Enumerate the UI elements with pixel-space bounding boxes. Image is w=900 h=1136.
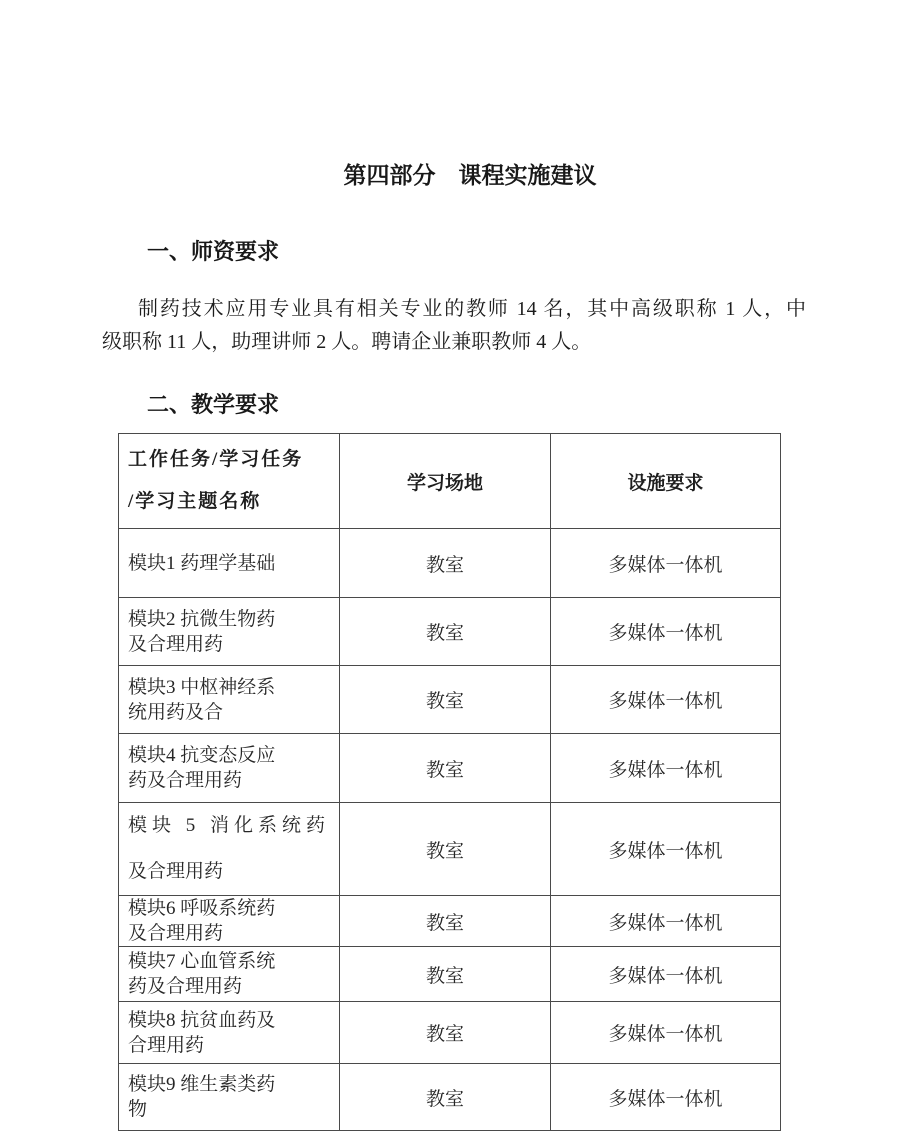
- table-header: 工作任务/学习任务 /学习主题名称 学习场地 设施要求: [119, 434, 781, 529]
- table-row: 模块1 药理学基础 教室 多媒体一体机: [119, 529, 781, 598]
- table-header-row: 工作任务/学习任务 /学习主题名称 学习场地 设施要求: [119, 434, 781, 529]
- task-text-line: 模块3 中枢神经系: [128, 675, 339, 700]
- task-cell: 模块7 心血管系统药及合理用药: [119, 947, 340, 1002]
- venue-cell: 教室: [340, 529, 551, 598]
- task-cell: 模块6 呼吸系统药及合理用药: [119, 896, 340, 947]
- venue-cell: 教室: [340, 1002, 551, 1064]
- table-row: 模块 5 消化系统药及合理用药 教室 多媒体一体机: [119, 803, 781, 896]
- teaching-requirements-table: 工作任务/学习任务 /学习主题名称 学习场地 设施要求 模块1 药理学基础 教室…: [118, 433, 781, 1131]
- teacher-requirements-paragraph: 制药技术应用专业具有相关专业的教师 14 名，其中高级职称 1 人，中级职称 1…: [102, 293, 806, 359]
- facility-cell: 多媒体一体机: [551, 803, 781, 896]
- section-heading-teaching-requirements: 二、教学要求: [147, 392, 279, 417]
- facility-cell: 多媒体一体机: [551, 896, 781, 947]
- task-text-line: 药及合理用药: [128, 974, 339, 999]
- task-text-line: 及合理用药: [128, 632, 339, 657]
- paragraph-line: 制药技术应用专业具有相关专业的教师 14 名，其中高级职称 1 人，中: [102, 293, 806, 326]
- venue-cell: 教室: [340, 734, 551, 803]
- task-text-line: 统用药及合: [128, 700, 339, 725]
- section-heading-teacher-requirements: 一、师资要求: [147, 239, 279, 264]
- task-text-line: 模块2 抗微生物药: [128, 607, 339, 632]
- task-text-line: 药及合理用药: [128, 768, 339, 793]
- facility-cell: 多媒体一体机: [551, 734, 781, 803]
- task-cell: 模块4 抗变态反应药及合理用药: [119, 734, 340, 803]
- task-text-line: 模块7 心血管系统: [128, 949, 339, 974]
- task-cell: 模块1 药理学基础: [119, 529, 340, 598]
- task-text-line: 物: [128, 1097, 339, 1122]
- task-text-line: 及合理用药: [128, 921, 339, 946]
- venue-cell: 教室: [340, 896, 551, 947]
- paragraph-line: 级职称 11 人，助理讲师 2 人。聘请企业兼职教师 4 人。: [102, 326, 806, 359]
- page-title: 第四部分 课程实施建议: [140, 162, 800, 188]
- task-cell: 模块8 抗贫血药及合理用药: [119, 1002, 340, 1064]
- header-cell-facility: 设施要求: [551, 434, 781, 529]
- header-task-line1: 工作任务/学习任务: [128, 439, 339, 481]
- venue-cell: 教室: [340, 598, 551, 666]
- task-text-line: 模块8 抗贫血药及: [128, 1008, 339, 1033]
- task-text-line: 模块 5 消化系统药: [128, 803, 339, 849]
- table-row: 模块8 抗贫血药及合理用药 教室 多媒体一体机: [119, 1002, 781, 1064]
- task-text-line: 及合理用药: [128, 849, 339, 895]
- facility-cell: 多媒体一体机: [551, 666, 781, 734]
- table-row: 模块3 中枢神经系统用药及合 教室 多媒体一体机: [119, 666, 781, 734]
- facility-cell: 多媒体一体机: [551, 598, 781, 666]
- task-cell: 模块3 中枢神经系统用药及合: [119, 666, 340, 734]
- table-body: 模块1 药理学基础 教室 多媒体一体机 模块2 抗微生物药及合理用药 教室 多媒…: [119, 529, 781, 1131]
- header-task-line2: /学习主题名称: [128, 481, 339, 523]
- facility-cell: 多媒体一体机: [551, 529, 781, 598]
- header-cell-venue: 学习场地: [340, 434, 551, 529]
- table-row: 模块6 呼吸系统药及合理用药 教室 多媒体一体机: [119, 896, 781, 947]
- table-row: 模块4 抗变态反应药及合理用药 教室 多媒体一体机: [119, 734, 781, 803]
- header-cell-task: 工作任务/学习任务 /学习主题名称: [119, 434, 340, 529]
- venue-cell: 教室: [340, 666, 551, 734]
- task-cell: 模块9 维生素类药物: [119, 1064, 340, 1131]
- task-text-line: 模块9 维生素类药: [128, 1072, 339, 1097]
- facility-cell: 多媒体一体机: [551, 1064, 781, 1131]
- task-cell: 模块 5 消化系统药及合理用药: [119, 803, 340, 896]
- document-page: { "document": { "title": "第四部分 课程实施建议", …: [0, 0, 900, 1136]
- task-text-line: 合理用药: [128, 1033, 339, 1058]
- table-row: 模块9 维生素类药物 教室 多媒体一体机: [119, 1064, 781, 1131]
- task-cell: 模块2 抗微生物药及合理用药: [119, 598, 340, 666]
- table-row: 模块7 心血管系统药及合理用药 教室 多媒体一体机: [119, 947, 781, 1002]
- facility-cell: 多媒体一体机: [551, 1002, 781, 1064]
- venue-cell: 教室: [340, 947, 551, 1002]
- task-text-line: 模块4 抗变态反应: [128, 743, 339, 768]
- facility-cell: 多媒体一体机: [551, 947, 781, 1002]
- task-text-line: 模块1 药理学基础: [128, 551, 339, 576]
- task-text-line: 模块6 呼吸系统药: [128, 896, 339, 921]
- venue-cell: 教室: [340, 1064, 551, 1131]
- table-row: 模块2 抗微生物药及合理用药 教室 多媒体一体机: [119, 598, 781, 666]
- venue-cell: 教室: [340, 803, 551, 896]
